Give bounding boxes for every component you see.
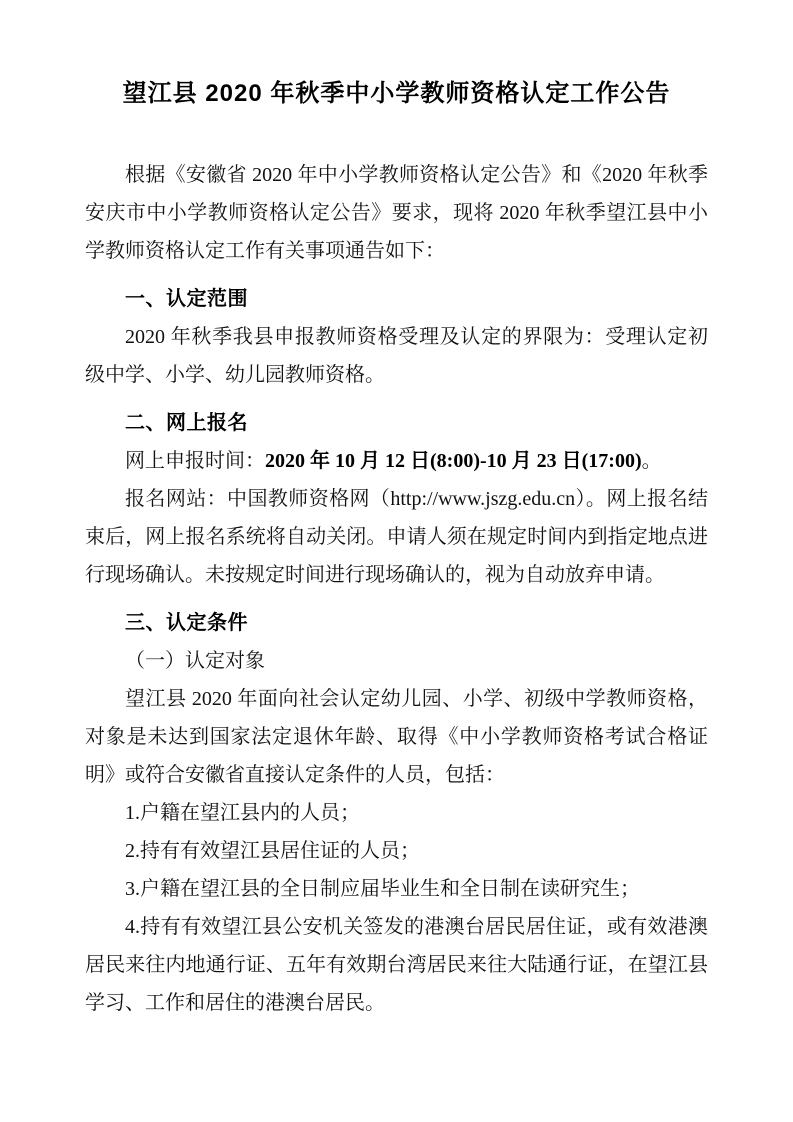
- list-item: 3.户籍在望江县的全日制应届毕业生和全日制在读研究生；: [85, 870, 708, 908]
- signup-website-paragraph: 报名网站：中国教师资格网（http://www.jszg.edu.cn）。网上报…: [85, 480, 708, 594]
- section-1-body: 2020 年秋季我县申报教师资格受理及认定的界限为：受理认定初级中学、小学、幼儿…: [85, 318, 708, 394]
- list-item: 4.持有有效望江县公安机关签发的港澳台居民居住证，或有效港澳居民来往内地通行证、…: [85, 908, 708, 1022]
- document-page: 望江县 2020 年秋季中小学教师资格认定工作公告 根据《安徽省 2020 年中…: [0, 0, 793, 1122]
- section-3-subheading: （一）认定对象: [85, 642, 708, 680]
- section-1-heading: 一、认定范围: [85, 280, 708, 318]
- section-3-heading: 三、认定条件: [85, 604, 708, 642]
- apply-time-suffix: 。: [642, 450, 662, 472]
- apply-time-value: 2020 年 10 月 12 日(8:00)-10 月 23 日(17:00): [265, 450, 642, 472]
- apply-time-label: 网上申报时间：: [125, 450, 265, 472]
- section-2-heading: 二、网上报名: [85, 404, 708, 442]
- document-title: 望江县 2020 年秋季中小学教师资格认定工作公告: [85, 78, 708, 110]
- list-item: 2.持有有效望江县居住证的人员；: [85, 832, 708, 870]
- intro-paragraph: 根据《安徽省 2020 年中小学教师资格认定公告》和《2020 年秋季安庆市中小…: [85, 156, 708, 270]
- certification-target-paragraph: 望江县 2020 年面向社会认定幼儿园、小学、初级中学教师资格，对象是未达到国家…: [85, 680, 708, 794]
- apply-time-line: 网上申报时间：2020 年 10 月 12 日(8:00)-10 月 23 日(…: [85, 442, 708, 480]
- list-item: 1.户籍在望江县内的人员；: [85, 794, 708, 832]
